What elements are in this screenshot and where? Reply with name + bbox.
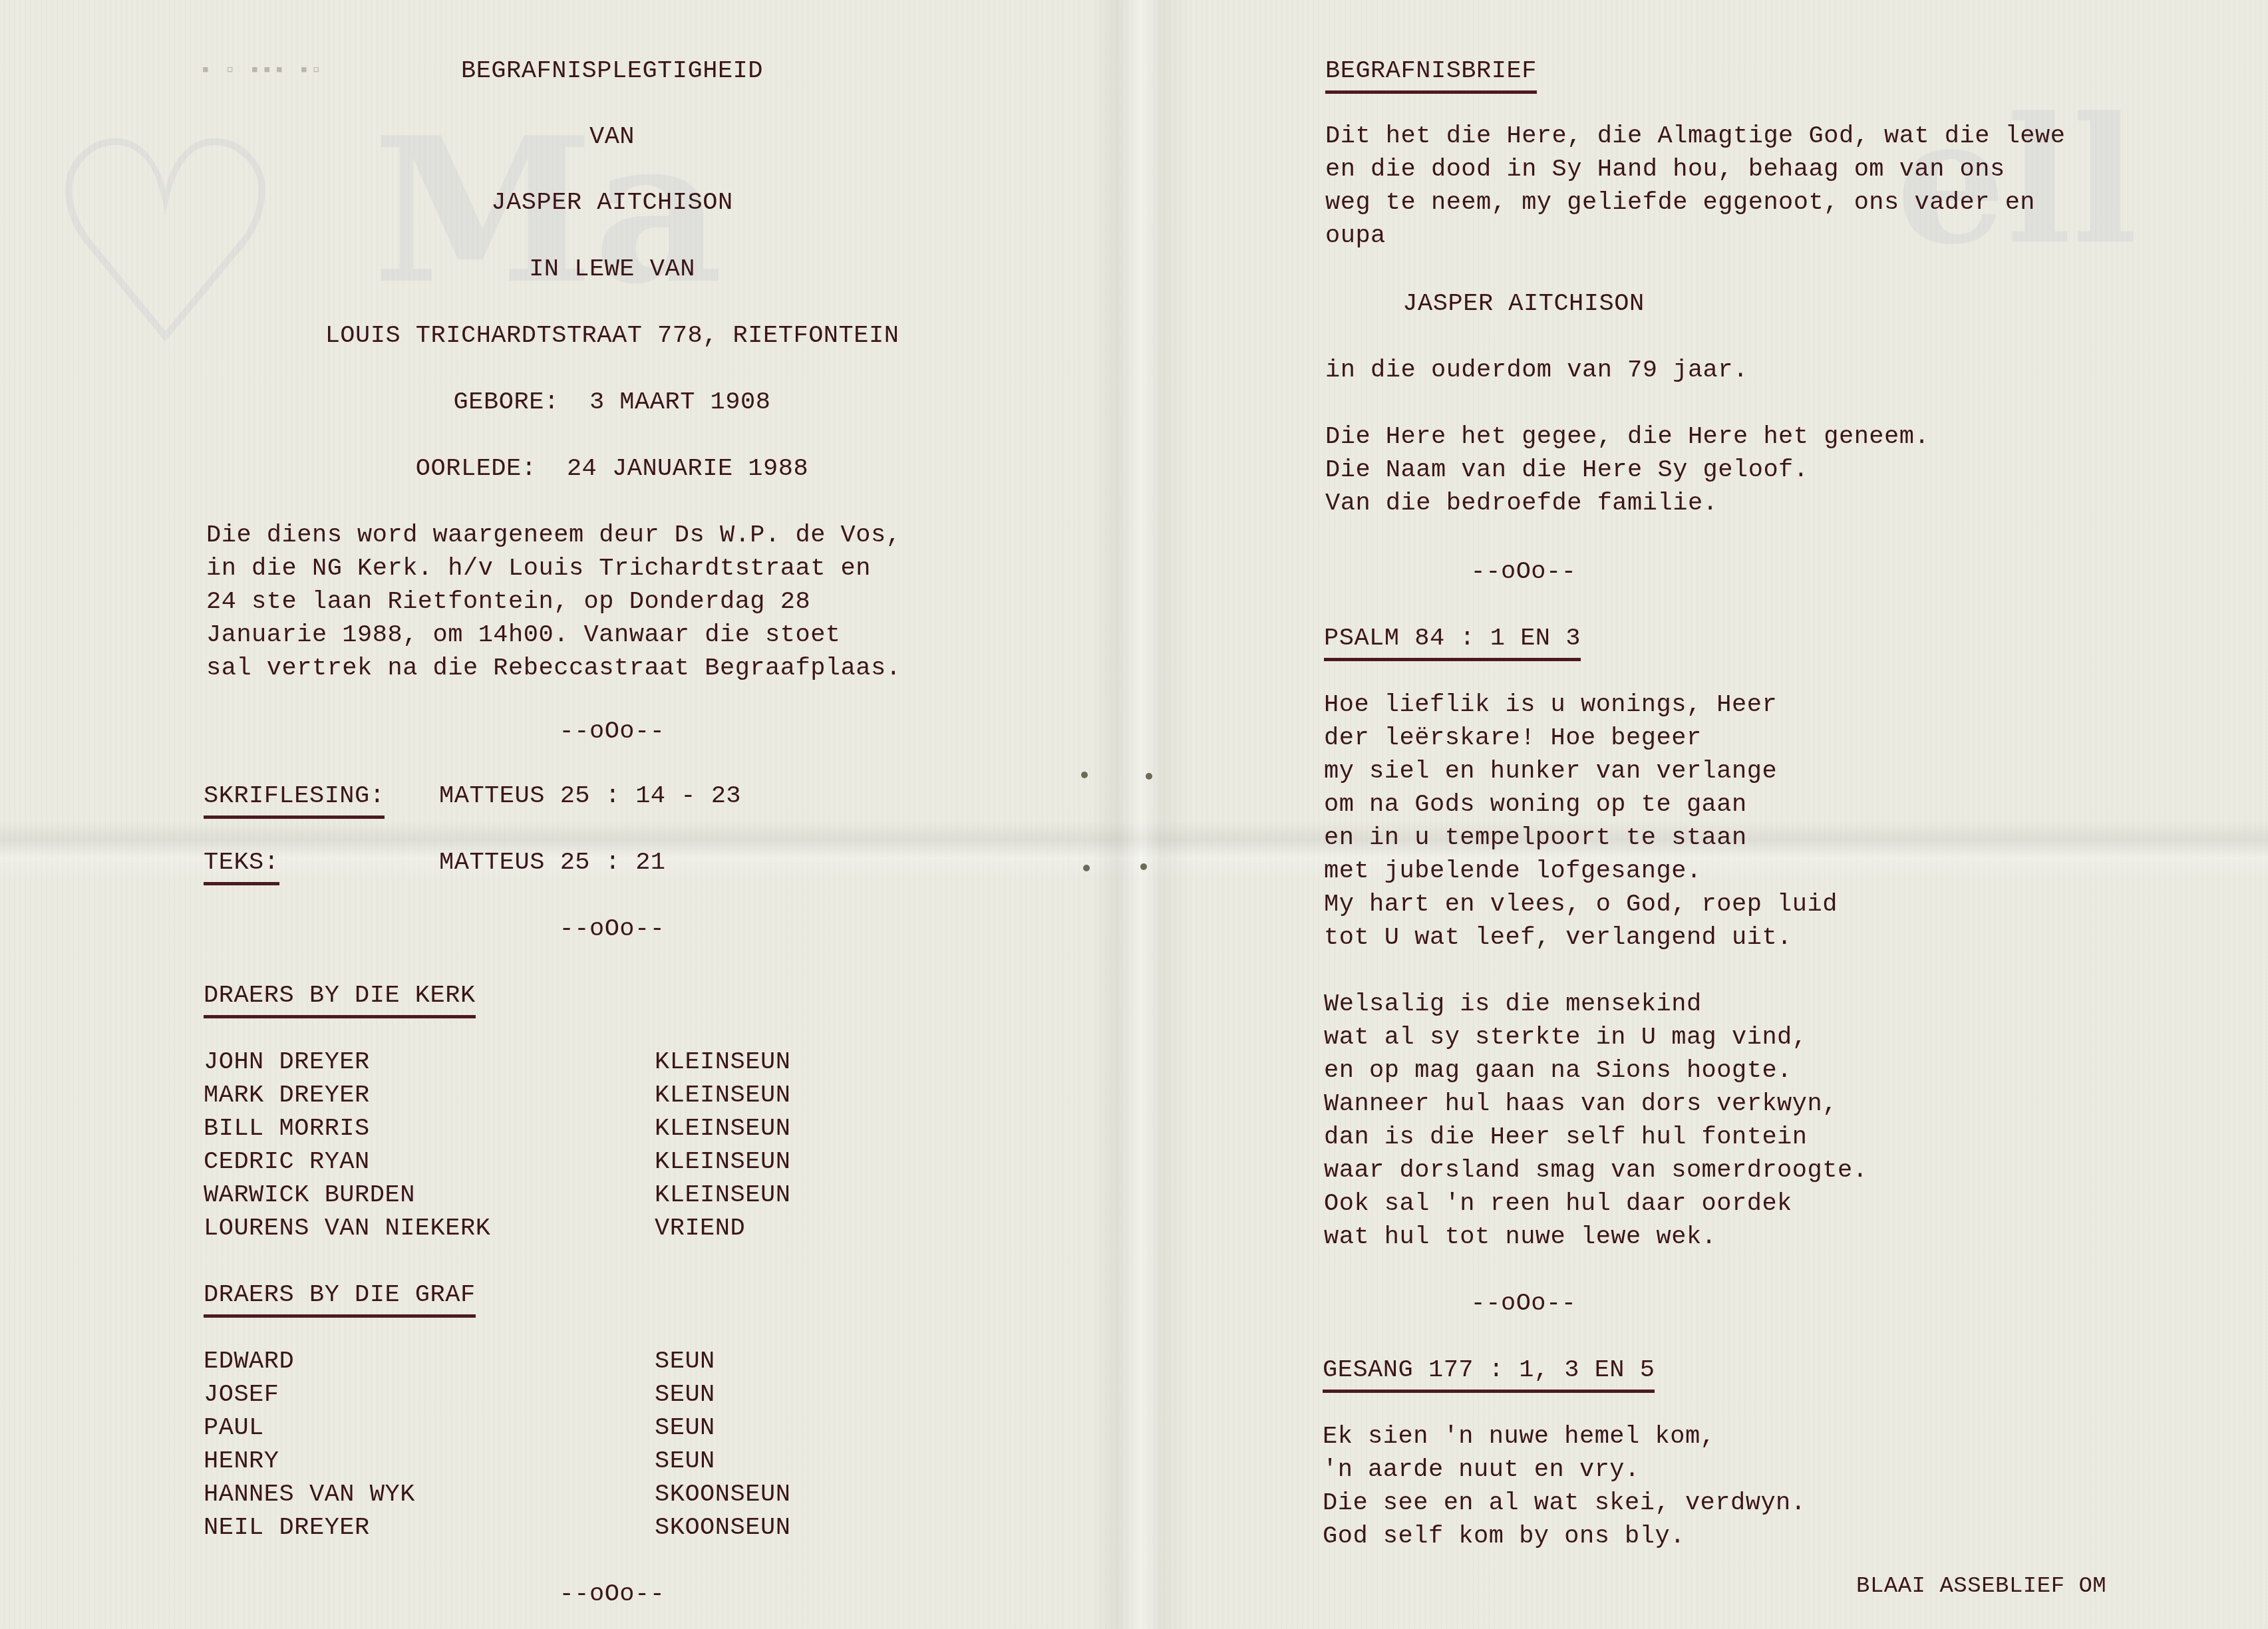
pallbearer-row: MARK DREYERKLEINSEUN	[204, 1079, 790, 1112]
pallbearer-relation: KLEINSEUN	[655, 1145, 790, 1179]
teks-value: MATTEUS 25 : 21	[439, 846, 666, 879]
separator: --oOo--	[0, 913, 1224, 946]
address: LOUIS TRICHARDTSTRAAT 778, RIETFONTEIN	[0, 319, 1224, 353]
psalm-heading: PSALM 84 : 1 EN 3	[1324, 625, 1581, 661]
pallbearer-relation: KLEINSEUN	[655, 1046, 790, 1079]
letter-intro: Dit het die Here, die Almagtige God, wat…	[1325, 120, 2065, 253]
death-date: OORLEDE: 24 JANUARIE 1988	[0, 452, 1224, 486]
pallbearer-name: CEDRIC RYAN	[204, 1145, 655, 1179]
separator: --oOo--	[0, 1578, 1224, 1611]
skriflesing-value: MATTEUS 25 : 14 - 23	[439, 780, 741, 813]
birth-date: GEBORE: 3 MAART 1908	[0, 386, 1224, 419]
pallbearer-name: JOHN DREYER	[204, 1046, 655, 1079]
pallbearers-grave-heading: DRAERS BY DIE GRAF	[204, 1281, 476, 1318]
teks-label: TEKS:	[204, 849, 279, 885]
pallbearer-relation: SEUN	[655, 1445, 715, 1478]
program-title: BEGRAFNISPLEGTIGHEID	[0, 55, 1224, 88]
pallbearer-name: JOSEF	[204, 1378, 655, 1411]
separator: --oOo--	[1131, 1287, 1916, 1320]
pallbearer-name: MARK DREYER	[204, 1079, 655, 1112]
gesang-heading: GESANG 177 : 1, 3 EN 5	[1323, 1356, 1655, 1393]
pallbearer-name: PAUL	[204, 1411, 655, 1445]
pallbearer-relation: SEUN	[655, 1345, 715, 1378]
pallbearer-relation: SEUN	[655, 1411, 715, 1445]
please-turn-over: BLAAI ASSEBLIEF OM	[1856, 1570, 2106, 1603]
pallbearer-row: BILL MORRISKLEINSEUN	[204, 1112, 790, 1145]
pallbearer-row: CEDRIC RYANKLEINSEUN	[204, 1145, 790, 1179]
psalm-verse-1: Hoe lieflik is u wonings, Heer der leërs…	[1324, 688, 1838, 955]
in-lewe-van-label: IN LEWE VAN	[0, 253, 1224, 286]
pallbearer-name: BILL MORRIS	[204, 1112, 655, 1145]
pallbearer-relation: SKOONSEUN	[655, 1478, 790, 1511]
service-paragraph: Die diens word waargeneem deur Ds W.P. d…	[206, 519, 901, 685]
deceased-name-letter: JASPER AITCHISON	[1131, 287, 1916, 321]
right-page-letter: BEGRAFNISBRIEF Dit het die Here, die Alm…	[1131, 0, 2268, 1629]
pallbearer-name: NEIL DREYER	[204, 1511, 655, 1545]
pallbearer-relation: KLEINSEUN	[655, 1112, 790, 1145]
left-page-program: ▪ ▫ ▪▪▪ ▪▫ BEGRAFNISPLEGTIGHEID VAN JASP…	[0, 0, 1131, 1629]
separator: --oOo--	[1131, 555, 1916, 589]
funeral-program-spread: ♡ Ma ell ▪ ▫ ▪▪▪ ▪▫ BEGRAFNISPLEGTIGHEID…	[0, 0, 2268, 1629]
pallbearer-row: HANNES VAN WYKSKOONSEUN	[204, 1478, 790, 1511]
separator: --oOo--	[0, 715, 1224, 748]
pallbearer-relation: VRIEND	[655, 1212, 745, 1245]
deceased-name: JASPER AITCHISON	[0, 186, 1224, 220]
pallbearer-relation: KLEINSEUN	[655, 1079, 790, 1112]
pallbearer-row: JOHN DREYERKLEINSEUN	[204, 1046, 790, 1079]
pallbearer-name: HANNES VAN WYK	[204, 1478, 655, 1511]
pallbearer-row: PAULSEUN	[204, 1411, 790, 1445]
letter-heading: BEGRAFNISBRIEF	[1325, 57, 1537, 94]
pallbearer-name: LOURENS VAN NIEKERK	[204, 1212, 655, 1245]
pallbearers-grave-list: EDWARDSEUNJOSEFSEUNPAULSEUNHENRYSEUNHANN…	[204, 1345, 790, 1545]
pallbearer-row: HENRYSEUN	[204, 1445, 790, 1478]
skriflesing-label: SKRIFLESING:	[204, 782, 385, 819]
psalm-verse-2: Welsalig is die mensekind wat al sy ster…	[1324, 988, 1867, 1254]
pallbearer-name: EDWARD	[204, 1345, 655, 1378]
pallbearer-relation: SEUN	[655, 1378, 715, 1411]
pallbearer-name: WARWICK BURDEN	[204, 1179, 655, 1212]
pallbearer-row: NEIL DREYERSKOONSEUN	[204, 1511, 790, 1545]
pallbearer-name: HENRY	[204, 1445, 655, 1478]
van-label: VAN	[0, 120, 1224, 154]
age-line: in die ouderdom van 79 jaar.	[1325, 354, 1748, 387]
pallbearer-relation: KLEINSEUN	[655, 1179, 790, 1212]
pallbearer-row: WARWICK BURDENKLEINSEUN	[204, 1179, 790, 1212]
pallbearers-church-list: JOHN DREYERKLEINSEUNMARK DREYERKLEINSEUN…	[204, 1046, 790, 1245]
gesang-verse: Ek sien 'n nuwe hemel kom, 'n aarde nuut…	[1323, 1420, 1806, 1553]
pallbearer-relation: SKOONSEUN	[655, 1511, 790, 1545]
pallbearer-row: EDWARDSEUN	[204, 1345, 790, 1378]
pallbearer-row: LOURENS VAN NIEKERKVRIEND	[204, 1212, 790, 1245]
closing-lines: Die Here het gegee, die Here het geneem.…	[1325, 420, 1929, 520]
pallbearer-row: JOSEFSEUN	[204, 1378, 790, 1411]
pallbearers-church-heading: DRAERS BY DIE KERK	[204, 982, 476, 1018]
